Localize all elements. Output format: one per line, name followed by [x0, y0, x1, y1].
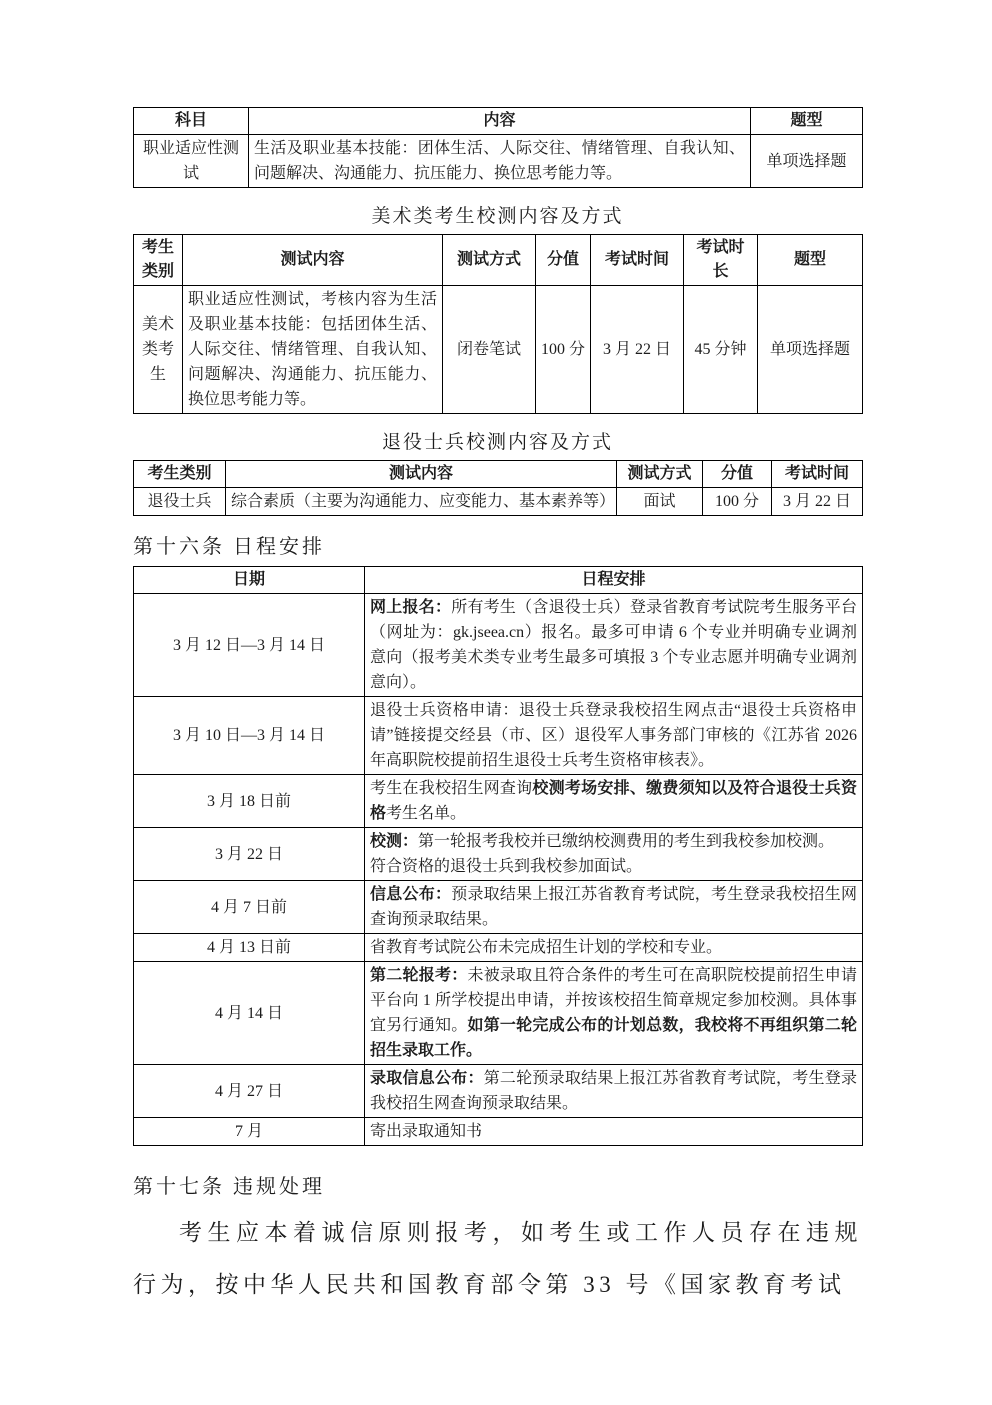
schedule-content-cell: 寄出录取通知书: [365, 1118, 863, 1146]
subject-content-table: 科目 内容 题型 职业适应性测试 生活及职业基本技能：团体生活、人际交往、情绪管…: [133, 107, 863, 188]
schedule-content-cell: 第二轮报考：未被录取且符合条件的考生可在高职院校提前招生申请平台向 1 所学校提…: [365, 962, 863, 1065]
col-header-content: 内容: [249, 108, 751, 135]
schedule-bold-text: 第二轮报考：: [370, 967, 467, 984]
schedule-date-cell: 3 月 18 日前: [134, 775, 365, 828]
col-header-exam-time: 考试时间: [772, 461, 863, 488]
exam-time-cell: 3 月 22 日: [772, 488, 863, 516]
schedule-date-cell: 4 月 14 日: [134, 962, 365, 1065]
table-header-row: 科目 内容 题型: [134, 108, 863, 135]
schedule-text: 寄出录取通知书: [370, 1123, 482, 1140]
schedule-content-cell: 录取信息公布：第二轮预录取结果上报江苏省教育考试院，考生登录我校招生网查询预录取…: [365, 1065, 863, 1118]
col-header-test-method: 测试方式: [617, 461, 703, 488]
schedule-date-cell: 3 月 10 日—3 月 14 日: [134, 697, 365, 775]
schedule-text: 考生在我校招生网查询: [370, 780, 532, 797]
schedule-row: 4 月 14 日第二轮报考：未被录取且符合条件的考生可在高职院校提前招生申请平台…: [134, 962, 863, 1065]
schedule-date-cell: 7 月: [134, 1118, 365, 1146]
schedule-text: 考生名单。: [386, 805, 466, 822]
table-row: 美术类考生 职业适应性测试，考核内容为生活及职业基本技能：包括团体生活、人际交往…: [134, 286, 863, 414]
content-cell: 生活及职业基本技能：团体生活、人际交往、情绪管理、自我认知、问题解决、沟通能力、…: [249, 135, 751, 188]
schedule-content-cell: 退役士兵资格申请：退役士兵登录我校招生网点击“退役士兵资格申请”链接提交经县（市…: [365, 697, 863, 775]
veteran-table-title: 退役士兵校测内容及方式: [133, 427, 862, 454]
test-method-cell: 闭卷笔试: [443, 286, 536, 414]
type-cell: 单项选择题: [758, 286, 863, 414]
schedule-text: 符合资格的退役士兵到我校参加面试。: [370, 858, 642, 875]
article16-heading: 第十六条 日程安排: [133, 530, 862, 559]
subject-cell: 职业适应性测试: [134, 135, 249, 188]
col-header-subject: 科目: [134, 108, 249, 135]
schedule-content-cell: 省教育考试院公布未完成招生计划的学校和专业。: [365, 934, 863, 962]
test-content-cell: 职业适应性测试，考核内容为生活及职业基本技能：包括团体生活、人际交往、情绪管理、…: [183, 286, 443, 414]
table-row: 职业适应性测试 生活及职业基本技能：团体生活、人际交往、情绪管理、自我认知、问题…: [134, 135, 863, 188]
art-table-title: 美术类考生校测内容及方式: [133, 201, 862, 228]
schedule-text: 退役士兵资格申请：退役士兵登录我校招生网点击“退役士兵资格申请”链接提交经县（市…: [370, 702, 857, 769]
schedule-text: 省教育考试院公布未完成招生计划的学校和专业。: [370, 939, 722, 956]
col-header-schedule: 日程安排: [365, 567, 863, 594]
col-header-type: 题型: [751, 108, 863, 135]
category-cell: 美术类考生: [134, 286, 183, 414]
schedule-table-body: 3 月 12 日—3 月 14 日网上报名：所有考生（含退役士兵）登录省教育考试…: [134, 594, 863, 1146]
schedule-row: 3 月 12 日—3 月 14 日网上报名：所有考生（含退役士兵）登录省教育考试…: [134, 594, 863, 697]
schedule-row: 3 月 22 日校测：第一轮报考我校并已缴纳校测费用的考生到我校参加校测。符合资…: [134, 828, 863, 881]
veterans-test-table: 考生类别 测试内容 测试方式 分值 考试时间 退役士兵 综合素质（主要为沟通能力…: [133, 460, 863, 516]
schedule-row: 4 月 7 日前信息公布：预录取结果上报江苏省教育考试院，考生登录我校招生网查询…: [134, 881, 863, 934]
article17-paragraph: 考生应本着诚信原则报考，如考生或工作人员存在违规行为，按中华人民共和国教育部令第…: [133, 1207, 862, 1311]
schedule-table: 日期 日程安排 3 月 12 日—3 月 14 日网上报名：所有考生（含退役士兵…: [133, 566, 863, 1146]
schedule-row: 4 月 27 日录取信息公布：第二轮预录取结果上报江苏省教育考试院，考生登录我校…: [134, 1065, 863, 1118]
schedule-content-cell: 信息公布：预录取结果上报江苏省教育考试院，考生登录我校招生网查询预录取结果。: [365, 881, 863, 934]
schedule-bold-text: 录取信息公布：: [370, 1070, 484, 1087]
type-cell: 单项选择题: [751, 135, 863, 188]
exam-duration-cell: 45 分钟: [684, 286, 758, 414]
table-header-row: 考生类别 测试内容 测试方式 分值 考试时间 考试时长 题型: [134, 235, 863, 286]
schedule-text: 第一轮报考我校并已缴纳校测费用的考生到我校参加校测。: [418, 833, 834, 850]
col-header-category: 考生类别: [134, 461, 226, 488]
article17-heading: 第十七条 违规处理: [133, 1170, 862, 1199]
schedule-bold-text: 网上报名：: [370, 599, 451, 616]
schedule-bold-text: 校测：: [370, 833, 418, 850]
score-cell: 100 分: [536, 286, 591, 414]
table-row: 退役士兵 综合素质（主要为沟通能力、应变能力、基本素养等） 面试 100 分 3…: [134, 488, 863, 516]
document-content: 科目 内容 题型 职业适应性测试 生活及职业基本技能：团体生活、人际交往、情绪管…: [133, 0, 862, 1311]
col-header-exam-time: 考试时间: [591, 235, 684, 286]
table-header-row: 考生类别 测试内容 测试方式 分值 考试时间: [134, 461, 863, 488]
score-cell: 100 分: [703, 488, 772, 516]
art-students-test-table: 考生类别 测试内容 测试方式 分值 考试时间 考试时长 题型 美术类考生 职业适…: [133, 234, 863, 414]
schedule-content-cell: 考生在我校招生网查询校测考场安排、缴费须知以及符合退役士兵资格考生名单。: [365, 775, 863, 828]
col-header-score: 分值: [703, 461, 772, 488]
schedule-date-cell: 3 月 22 日: [134, 828, 365, 881]
col-header-date: 日期: [134, 567, 365, 594]
schedule-content-cell: 网上报名：所有考生（含退役士兵）登录省教育考试院考生服务平台（网址为：gk.js…: [365, 594, 863, 697]
exam-time-cell: 3 月 22 日: [591, 286, 684, 414]
schedule-date-cell: 4 月 7 日前: [134, 881, 365, 934]
col-header-exam-duration: 考试时长: [684, 235, 758, 286]
schedule-date-cell: 3 月 12 日—3 月 14 日: [134, 594, 365, 697]
col-header-test-content: 测试内容: [226, 461, 617, 488]
schedule-bold-text: 信息公布：: [370, 886, 451, 903]
schedule-row: 3 月 10 日—3 月 14 日退役士兵资格申请：退役士兵登录我校招生网点击“…: [134, 697, 863, 775]
schedule-date-cell: 4 月 27 日: [134, 1065, 365, 1118]
col-header-test-method: 测试方式: [443, 235, 536, 286]
schedule-date-cell: 4 月 13 日前: [134, 934, 365, 962]
schedule-row: 4 月 13 日前省教育考试院公布未完成招生计划的学校和专业。: [134, 934, 863, 962]
col-header-score: 分值: [536, 235, 591, 286]
table-header-row: 日期 日程安排: [134, 567, 863, 594]
schedule-row: 3 月 18 日前考生在我校招生网查询校测考场安排、缴费须知以及符合退役士兵资格…: [134, 775, 863, 828]
document-page: 科目 内容 题型 职业适应性测试 生活及职业基本技能：团体生活、人际交往、情绪管…: [0, 0, 992, 1405]
category-cell: 退役士兵: [134, 488, 226, 516]
test-method-cell: 面试: [617, 488, 703, 516]
schedule-content-cell: 校测：第一轮报考我校并已缴纳校测费用的考生到我校参加校测。符合资格的退役士兵到我…: [365, 828, 863, 881]
col-header-category: 考生类别: [134, 235, 183, 286]
test-content-cell: 综合素质（主要为沟通能力、应变能力、基本素养等）: [226, 488, 617, 516]
schedule-row: 7 月寄出录取通知书: [134, 1118, 863, 1146]
col-header-type: 题型: [758, 235, 863, 286]
col-header-test-content: 测试内容: [183, 235, 443, 286]
